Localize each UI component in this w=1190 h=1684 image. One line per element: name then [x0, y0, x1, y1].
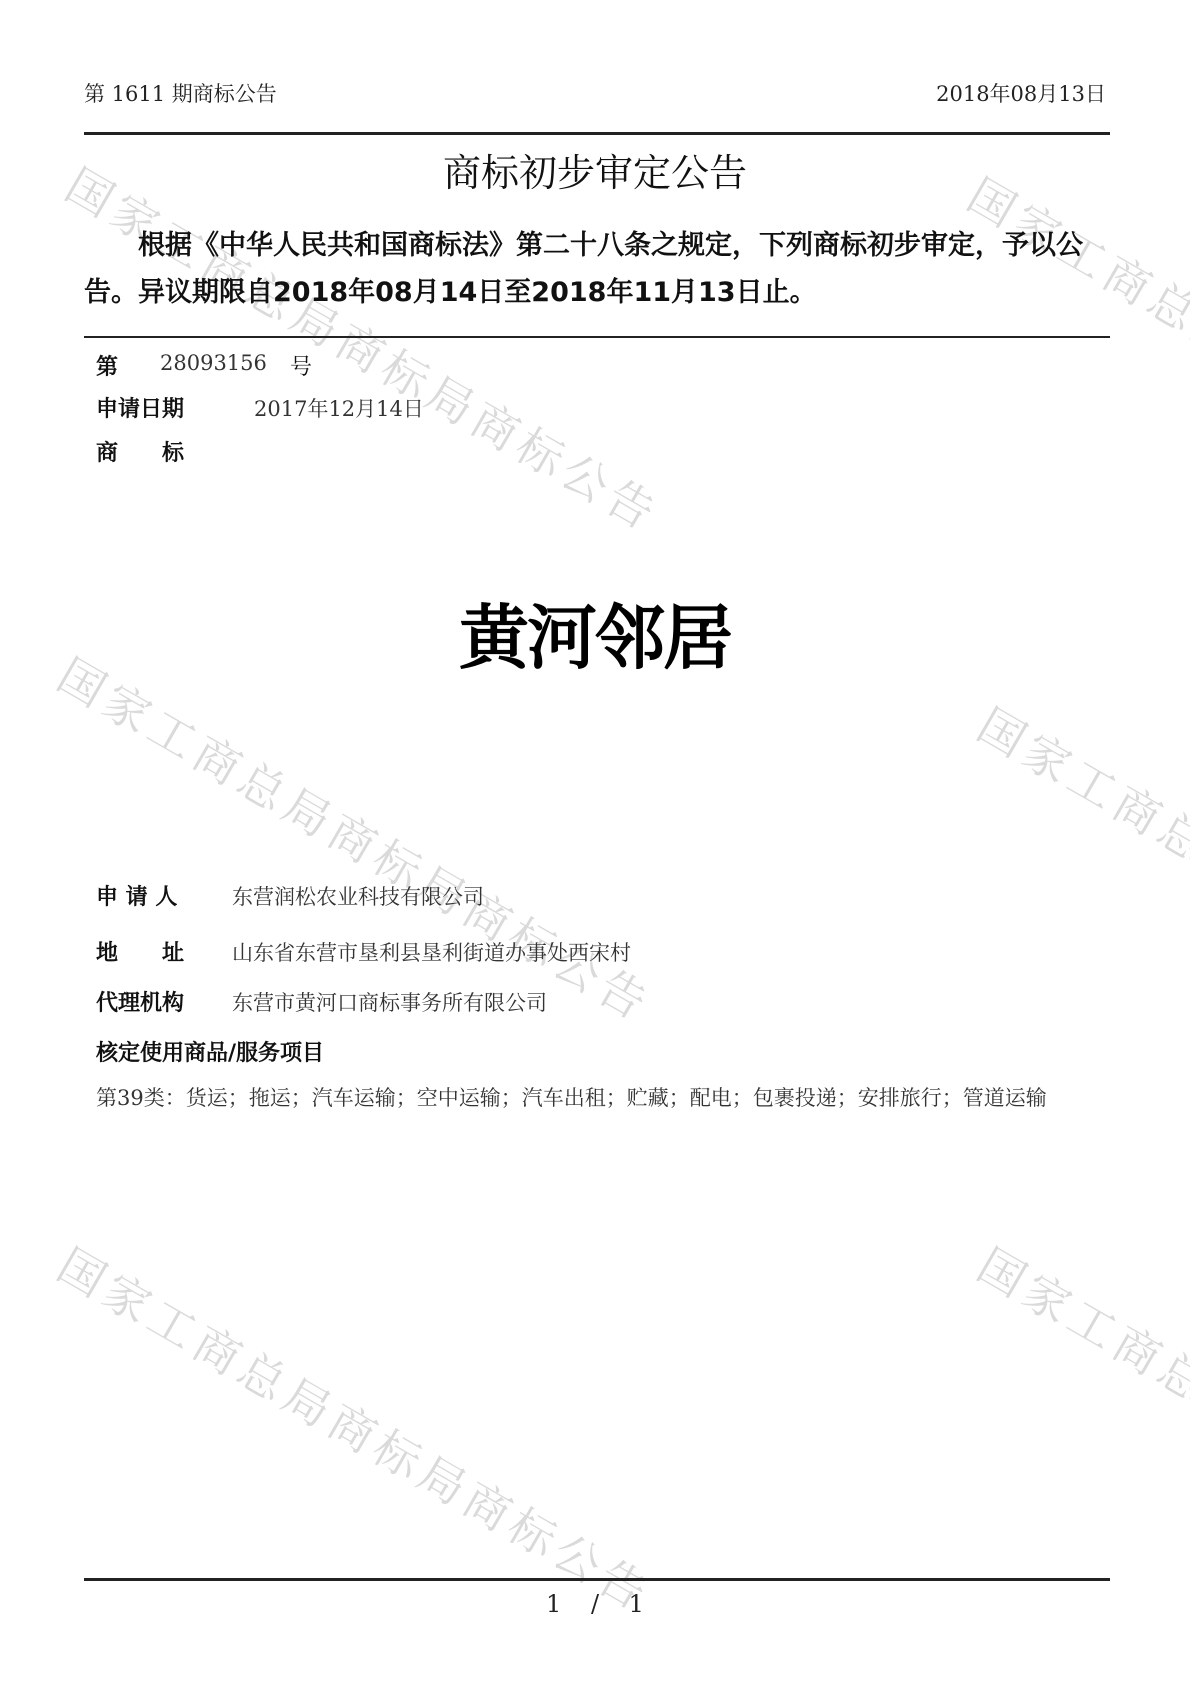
- footer-rule: [84, 1578, 1110, 1581]
- issue-date: 2018年08月13日: [936, 78, 1106, 108]
- watermark: 国家工商总局商标局商标公告: [967, 690, 1190, 1085]
- page-number: 1 / 1: [0, 1590, 1190, 1618]
- page-title: 商标初步审定公告: [0, 142, 1190, 197]
- goods-list: 第39类：货运；拖运；汽车运输；空中运输；汽车出租；贮藏；配电；包裹投递；安排旅…: [96, 1080, 1106, 1117]
- number-prefix: 第: [96, 350, 118, 381]
- trademark-image: 黄河邻居: [0, 582, 1190, 683]
- watermark: 国家工商总局商标局商标公告: [47, 640, 665, 1035]
- filing-date: 2017年12月14日: [254, 393, 424, 423]
- applicant-name: 东营润松农业科技有限公司: [232, 881, 484, 911]
- applicant-label: 申 请 人: [96, 880, 177, 911]
- watermark: 国家工商总局商标局商标公告: [957, 160, 1190, 555]
- mark-label: 商 标: [96, 436, 184, 467]
- watermark: 国家工商总局商标局商标公告: [55, 150, 673, 545]
- header-rule: [84, 132, 1110, 135]
- registration-number: 28093156: [160, 351, 267, 375]
- number-suffix: 号: [290, 350, 312, 381]
- address-label: 地 址: [96, 936, 184, 967]
- section-rule: [84, 336, 1110, 338]
- address-value: 山东省东营市垦利县垦利街道办事处西宋村: [232, 937, 631, 967]
- agent-value: 东营市黄河口商标事务所有限公司: [232, 987, 547, 1017]
- watermark: 国家工商总局商标局商标公告: [967, 1230, 1190, 1625]
- issue-number: 第 1611 期商标公告: [84, 78, 277, 108]
- intro-paragraph: 根据《中华人民共和国商标法》第二十八条之规定，下列商标初步审定，予以公告。异议期…: [84, 222, 1114, 316]
- agent-label: 代理机构: [96, 986, 184, 1017]
- watermark: 国家工商总局商标局商标公告: [47, 1230, 665, 1625]
- goods-label: 核定使用商品/服务项目: [96, 1036, 324, 1067]
- filing-date-label: 申请日期: [96, 392, 184, 423]
